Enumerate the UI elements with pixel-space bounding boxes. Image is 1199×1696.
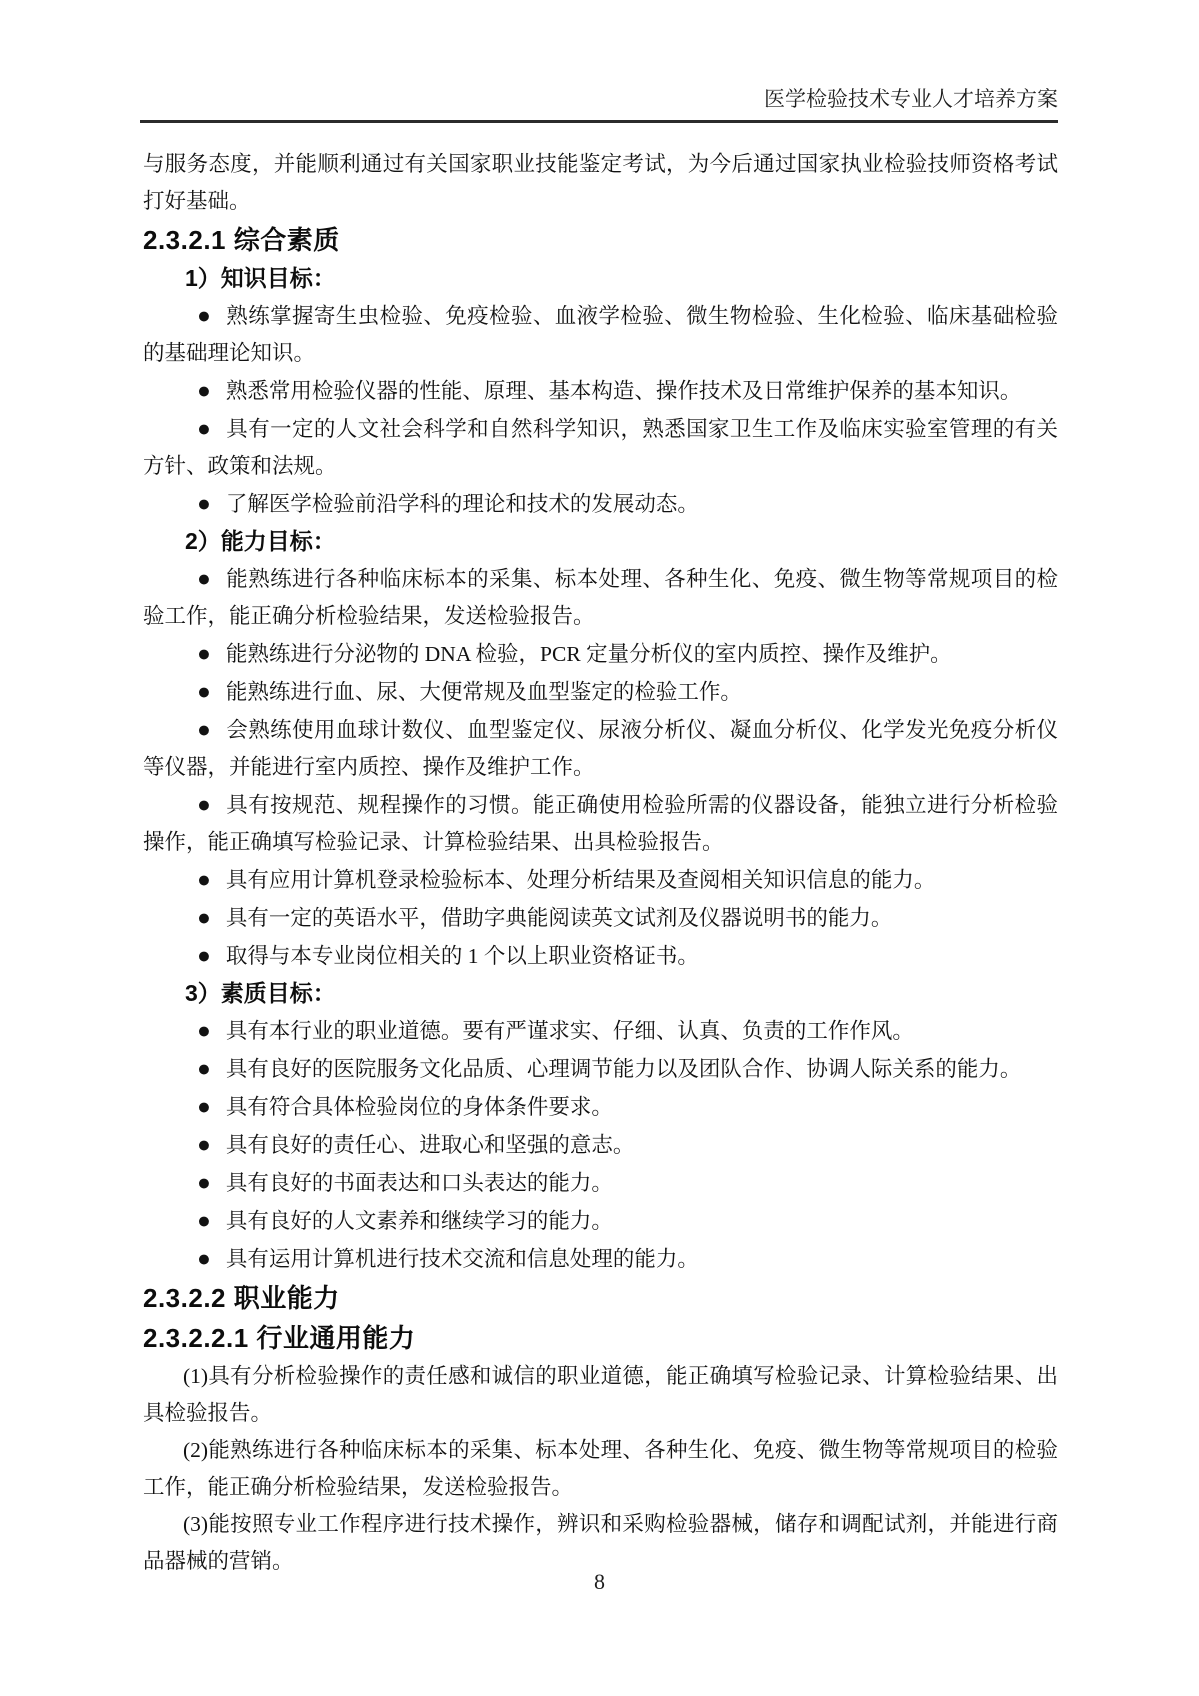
bullet-icon: ●	[197, 1208, 211, 1233]
bullet-icon: ●	[197, 1132, 211, 1157]
paragraph: (1)具有分析检验操作的责任感和诚信的职业道德，能正确填写检验记录、计算检验结果…	[143, 1358, 1058, 1432]
bullet-icon: ●	[197, 1018, 211, 1043]
bullet-item: ●能熟练进行血、尿、大便常规及血型鉴定的检验工作。	[143, 673, 1058, 711]
bullet-item: ●具有良好的书面表达和口头表达的能力。	[143, 1164, 1058, 1202]
bullet-text: 能熟练进行分泌物的 DNA 检验，PCR 定量分析仪的室内质控、操作及维护。	[226, 642, 952, 666]
bullet-icon: ●	[197, 1246, 211, 1271]
paragraph: (2)能熟练进行各种临床标本的采集、标本处理、各种生化、免疫、微生物等常规项目的…	[143, 1432, 1058, 1506]
bullet-item: ●具有运用计算机进行技术交流和信息处理的能力。	[143, 1240, 1058, 1278]
bullet-item: ●会熟练使用血球计数仪、血型鉴定仪、尿液分析仪、凝血分析仪、化学发光免疫分析仪等…	[143, 711, 1058, 786]
document-page: 医学检验技术专业人才培养方案 与服务态度，并能顺利通过有关国家职业技能鉴定考试，…	[0, 0, 1199, 1696]
bullet-item: ●熟练掌握寄生虫检验、免疫检验、血液学检验、微生物检验、生化检验、临床基础检验的…	[143, 297, 1058, 372]
bullet-item: ●具有本行业的职业道德。要有严谨求实、仔细、认真、负责的工作作风。	[143, 1012, 1058, 1050]
bullet-text: 具有符合具体检验岗位的身体条件要求。	[226, 1095, 613, 1119]
bullet-text: 具有良好的责任心、进取心和坚强的意志。	[226, 1133, 635, 1157]
bullet-icon: ●	[197, 378, 211, 403]
bullet-icon: ●	[197, 1056, 211, 1081]
subsection-heading: 1）知识目标：	[143, 260, 1058, 297]
bullet-item: ●具有良好的人文素养和继续学习的能力。	[143, 1202, 1058, 1240]
section-heading: 2.3.2.1 综合素质	[143, 220, 1058, 260]
page-number: 8	[0, 1568, 1199, 1596]
running-header-title: 医学检验技术专业人才培养方案	[143, 86, 1058, 112]
bullet-text: 会熟练使用血球计数仪、血型鉴定仪、尿液分析仪、凝血分析仪、化学发光免疫分析仪等仪…	[143, 718, 1058, 779]
bullet-item: ●具有良好的医院服务文化品质、心理调节能力以及团队合作、协调人际关系的能力。	[143, 1050, 1058, 1088]
bullet-icon: ●	[197, 491, 211, 516]
bullet-item: ●具有符合具体检验岗位的身体条件要求。	[143, 1088, 1058, 1126]
bullet-icon: ●	[197, 679, 211, 704]
subsection-heading: 2）能力目标：	[143, 523, 1058, 560]
bullet-icon: ●	[197, 943, 211, 968]
bullet-icon: ●	[197, 717, 211, 742]
bullet-item: ●具有应用计算机登录检验标本、处理分析结果及查阅相关知识信息的能力。	[143, 861, 1058, 899]
bullet-text: 具有良好的医院服务文化品质、心理调节能力以及团队合作、协调人际关系的能力。	[226, 1057, 1022, 1081]
bullet-item: ●能熟练进行各种临床标本的采集、标本处理、各种生化、免疫、微生物等常规项目的检验…	[143, 560, 1058, 635]
document-body: 与服务态度，并能顺利通过有关国家职业技能鉴定考试，为今后通过国家执业检验技师资格…	[143, 146, 1058, 1580]
bullet-item: ●了解医学检验前沿学科的理论和技术的发展动态。	[143, 485, 1058, 523]
bullet-icon: ●	[197, 416, 211, 441]
bullet-text: 了解医学检验前沿学科的理论和技术的发展动态。	[226, 492, 699, 516]
bullet-icon: ●	[197, 867, 211, 892]
bullet-text: 具有一定的英语水平，借助字典能阅读英文试剂及仪器说明书的能力。	[226, 906, 893, 930]
bullet-item: ●能熟练进行分泌物的 DNA 检验，PCR 定量分析仪的室内质控、操作及维护。	[143, 635, 1058, 673]
section-heading: 2.3.2.2.1 行业通用能力	[143, 1318, 1058, 1358]
bullet-item: ●具有一定的人文社会科学和自然科学知识，熟悉国家卫生工作及临床实验室管理的有关方…	[143, 410, 1058, 485]
bullet-text: 能熟练进行血、尿、大便常规及血型鉴定的检验工作。	[226, 680, 742, 704]
header-rule	[140, 120, 1058, 123]
bullet-text: 熟悉常用检验仪器的性能、原理、基本构造、操作技术及日常维护保养的基本知识。	[226, 379, 1022, 403]
bullet-text: 具有一定的人文社会科学和自然科学知识，熟悉国家卫生工作及临床实验室管理的有关方针…	[143, 417, 1058, 478]
bullet-text: 具有按规范、规程操作的习惯。能正确使用检验所需的仪器设备，能独立进行分析检验操作…	[143, 793, 1058, 854]
bullet-item: ●具有按规范、规程操作的习惯。能正确使用检验所需的仪器设备，能独立进行分析检验操…	[143, 786, 1058, 861]
bullet-text: 具有本行业的职业道德。要有严谨求实、仔细、认真、负责的工作作风。	[226, 1019, 914, 1043]
paragraph: 与服务态度，并能顺利通过有关国家职业技能鉴定考试，为今后通过国家执业检验技师资格…	[143, 146, 1058, 220]
bullet-text: 取得与本专业岗位相关的 1 个以上职业资格证书。	[226, 944, 699, 968]
bullet-item: ●具有良好的责任心、进取心和坚强的意志。	[143, 1126, 1058, 1164]
bullet-text: 具有良好的书面表达和口头表达的能力。	[226, 1171, 613, 1195]
section-heading: 2.3.2.2 职业能力	[143, 1278, 1058, 1318]
bullet-item: ●取得与本专业岗位相关的 1 个以上职业资格证书。	[143, 937, 1058, 975]
bullet-icon: ●	[197, 303, 211, 328]
bullet-icon: ●	[197, 1170, 211, 1195]
bullet-text: 熟练掌握寄生虫检验、免疫检验、血液学检验、微生物检验、生化检验、临床基础检验的基…	[143, 304, 1058, 365]
bullet-text: 具有运用计算机进行技术交流和信息处理的能力。	[226, 1247, 699, 1271]
bullet-icon: ●	[197, 905, 211, 930]
bullet-icon: ●	[197, 566, 211, 591]
bullet-text: 具有良好的人文素养和继续学习的能力。	[226, 1209, 613, 1233]
bullet-text: 具有应用计算机登录检验标本、处理分析结果及查阅相关知识信息的能力。	[226, 868, 936, 892]
bullet-text: 能熟练进行各种临床标本的采集、标本处理、各种生化、免疫、微生物等常规项目的检验工…	[143, 567, 1058, 628]
subsection-heading: 3）素质目标：	[143, 975, 1058, 1012]
bullet-icon: ●	[197, 641, 211, 666]
bullet-item: ●具有一定的英语水平，借助字典能阅读英文试剂及仪器说明书的能力。	[143, 899, 1058, 937]
bullet-item: ●熟悉常用检验仪器的性能、原理、基本构造、操作技术及日常维护保养的基本知识。	[143, 372, 1058, 410]
bullet-icon: ●	[197, 792, 211, 817]
bullet-icon: ●	[197, 1094, 211, 1119]
